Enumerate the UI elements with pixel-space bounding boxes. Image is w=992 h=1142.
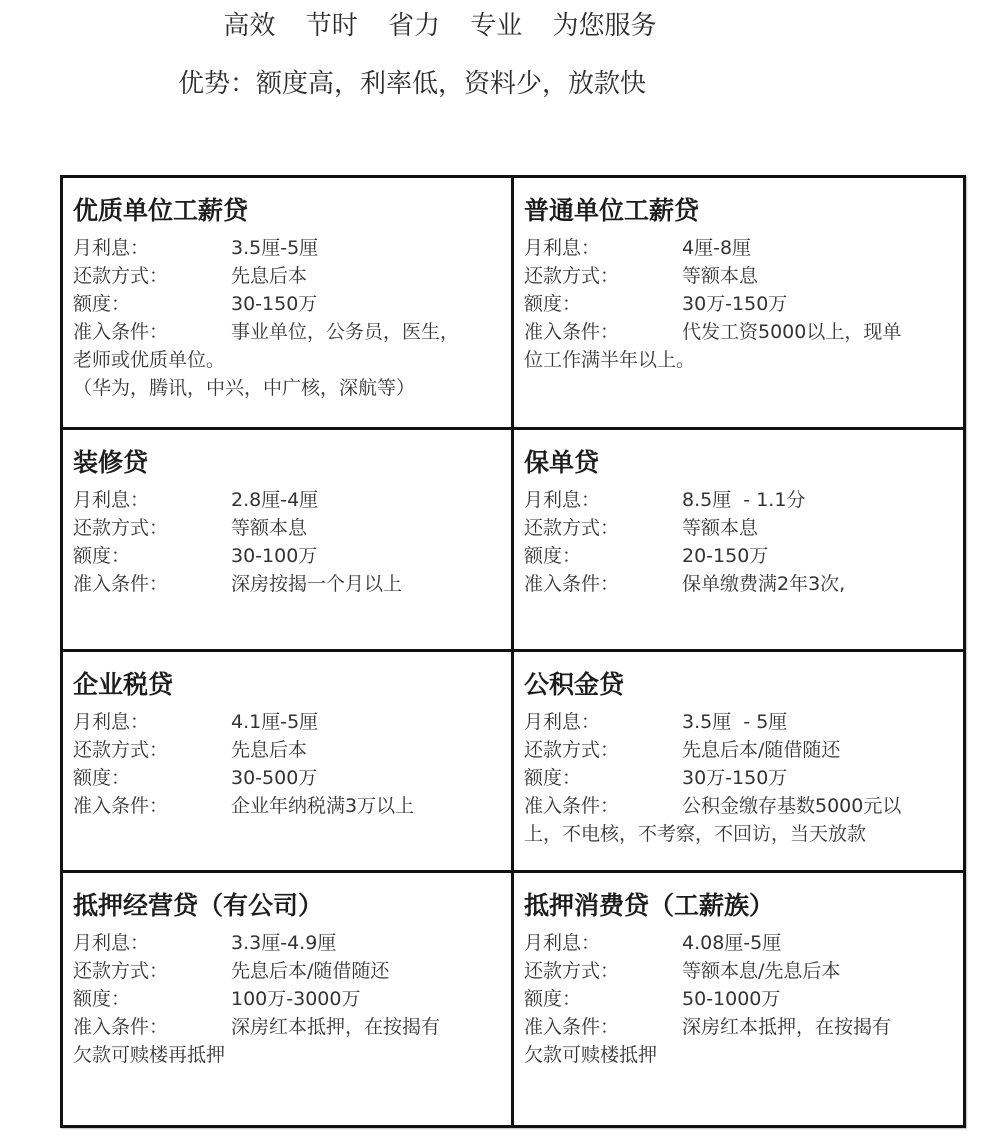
- condition-value: 代发工资5000以上，现单: [682, 318, 901, 346]
- condition-row: 准入条件： 代发工资5000以上，现单: [524, 318, 955, 346]
- repay-value: 等额本息: [682, 262, 758, 290]
- product-card: 装修贷 月利息： 2.8厘-4厘 还款方式： 等额本息 额度： 30-100万 …: [63, 430, 514, 652]
- amount-value: 30万-150万: [682, 290, 787, 318]
- condition-row: 准入条件： 深房红本抵押，在按揭有: [524, 1013, 955, 1041]
- rate-label: 月利息：: [73, 929, 231, 957]
- condition-label: 准入条件：: [524, 570, 682, 598]
- amount-row: 额度： 30万-150万: [524, 290, 955, 318]
- condition-row: 准入条件： 企业年纳税满3万以上: [73, 792, 503, 820]
- product-card: 抵押消费贷（工薪族） 月利息： 4.08厘-5厘 还款方式： 等额本息/先息后本…: [514, 873, 963, 1125]
- condition-label: 准入条件：: [524, 318, 682, 346]
- product-card: 普通单位工薪贷 月利息： 4厘-8厘 还款方式： 等额本息 额度： 30万-15…: [514, 178, 963, 430]
- repay-label: 还款方式：: [73, 262, 231, 290]
- condition-value: 企业年纳税满3万以上: [231, 792, 414, 820]
- repay-value: 先息后本/随借随还: [231, 957, 389, 985]
- product-card: 企业税贷 月利息： 4.1厘-5厘 还款方式： 先息后本 额度： 30-500万…: [63, 652, 514, 873]
- amount-label: 额度：: [73, 542, 231, 570]
- condition-label: 准入条件：: [73, 792, 231, 820]
- repay-row: 还款方式： 先息后本/随借随还: [73, 957, 503, 985]
- rate-value: 2.8厘-4厘: [231, 486, 318, 514]
- rate-label: 月利息：: [524, 708, 682, 736]
- product-title: 优质单位工薪贷: [73, 194, 503, 228]
- amount-label: 额度：: [524, 290, 682, 318]
- product-card: 优质单位工薪贷 月利息： 3.5厘-5厘 还款方式： 先息后本 额度： 30-1…: [63, 178, 514, 430]
- amount-label: 额度：: [73, 985, 231, 1013]
- condition-label: 准入条件：: [73, 570, 231, 598]
- amount-row: 额度： 30万-150万: [524, 764, 955, 792]
- rate-row: 月利息： 4.1厘-5厘: [73, 708, 503, 736]
- slogan-word: 节时: [306, 11, 358, 41]
- repay-value: 等额本息: [682, 514, 758, 542]
- condition-row: 准入条件： 事业单位，公务员，医生，: [73, 318, 503, 346]
- product-card: 保单贷 月利息： 8.5厘 - 1.1分 还款方式： 等额本息 额度： 20-1…: [514, 430, 963, 652]
- rate-row: 月利息： 3.5厘 - 5厘: [524, 708, 955, 736]
- rate-value: 4.1厘-5厘: [231, 708, 318, 736]
- rate-row: 月利息： 3.5厘-5厘: [73, 234, 503, 262]
- rate-value: 3.3厘-4.9厘: [231, 929, 336, 957]
- slogan-word: 为您服务: [553, 11, 657, 41]
- condition-label: 准入条件：: [524, 1013, 682, 1041]
- repay-value: 先息后本/随借随还: [682, 736, 840, 764]
- condition-value: 事业单位，公务员，医生，: [231, 318, 459, 346]
- repay-row: 还款方式： 先息后本: [73, 262, 503, 290]
- rate-row: 月利息： 4厘-8厘: [524, 234, 955, 262]
- product-title: 装修贷: [73, 446, 503, 480]
- condition-continued: 上，不电核，不考察，不回访，当天放款: [524, 820, 955, 848]
- amount-label: 额度：: [73, 764, 231, 792]
- amount-row: 额度： 30-100万: [73, 542, 503, 570]
- product-grid: 优质单位工薪贷 月利息： 3.5厘-5厘 还款方式： 先息后本 额度： 30-1…: [60, 175, 966, 1128]
- slogan-word: 专业: [470, 11, 522, 41]
- product-title: 抵押经营贷（有公司）: [73, 889, 503, 923]
- amount-label: 额度：: [524, 985, 682, 1013]
- condition-continued: 位工作满半年以上。: [524, 346, 955, 374]
- product-card: 公积金贷 月利息： 3.5厘 - 5厘 还款方式： 先息后本/随借随还 额度： …: [514, 652, 963, 873]
- amount-value: 30-100万: [231, 542, 317, 570]
- condition-continued: 老师或优质单位。: [73, 346, 503, 374]
- rate-label: 月利息：: [73, 708, 231, 736]
- product-card: 抵押经营贷（有公司） 月利息： 3.3厘-4.9厘 还款方式： 先息后本/随借随…: [63, 873, 514, 1125]
- condition-row: 准入条件： 深房按揭一个月以上: [73, 570, 503, 598]
- rate-value: 4.08厘-5厘: [682, 929, 781, 957]
- condition-row: 准入条件： 公积金缴存基数5000元以: [524, 792, 955, 820]
- rate-row: 月利息： 8.5厘 - 1.1分: [524, 486, 955, 514]
- repay-row: 还款方式： 先息后本: [73, 736, 503, 764]
- amount-row: 额度： 100万-3000万: [73, 985, 503, 1013]
- condition-value: 深房按揭一个月以上: [231, 570, 402, 598]
- amount-value: 100万-3000万: [231, 985, 360, 1013]
- condition-label: 准入条件：: [73, 1013, 231, 1041]
- product-title: 抵押消费贷（工薪族）: [524, 889, 955, 923]
- rate-row: 月利息： 4.08厘-5厘: [524, 929, 955, 957]
- slogan-line: 高效 节时 省力 专业 为您服务: [0, 8, 880, 44]
- condition-label: 准入条件：: [524, 792, 682, 820]
- rate-value: 3.5厘 - 5厘: [682, 708, 787, 736]
- amount-value: 20-150万: [682, 542, 768, 570]
- amount-value: 30万-150万: [682, 764, 787, 792]
- rate-label: 月利息：: [73, 486, 231, 514]
- rate-value: 3.5厘-5厘: [231, 234, 318, 262]
- product-title: 企业税贷: [73, 668, 503, 702]
- amount-row: 额度： 30-500万: [73, 764, 503, 792]
- repay-label: 还款方式：: [524, 957, 682, 985]
- repay-row: 还款方式： 等额本息: [73, 514, 503, 542]
- rate-row: 月利息： 3.3厘-4.9厘: [73, 929, 503, 957]
- amount-row: 额度： 30-150万: [73, 290, 503, 318]
- slogan-word: 高效: [223, 11, 275, 41]
- condition-continued: 欠款可赎楼再抵押: [73, 1041, 503, 1069]
- condition-value: 保单缴费满2年3次,: [682, 570, 845, 598]
- rate-label: 月利息：: [524, 234, 682, 262]
- rate-label: 月利息：: [524, 929, 682, 957]
- repay-value: 等额本息/先息后本: [682, 957, 840, 985]
- condition-row: 准入条件： 深房红本抵押，在按揭有: [73, 1013, 503, 1041]
- condition-label: 准入条件：: [73, 318, 231, 346]
- condition-value: 公积金缴存基数5000元以: [682, 792, 901, 820]
- condition-continued: （华为，腾讯，中兴，中广核，深航等）: [73, 374, 503, 402]
- repay-value: 等额本息: [231, 514, 307, 542]
- repay-row: 还款方式： 等额本息: [524, 514, 955, 542]
- repay-label: 还款方式：: [73, 514, 231, 542]
- rate-label: 月利息：: [524, 486, 682, 514]
- repay-label: 还款方式：: [524, 736, 682, 764]
- condition-value: 深房红本抵押，在按揭有: [231, 1013, 440, 1041]
- amount-value: 30-500万: [231, 764, 317, 792]
- amount-row: 额度： 20-150万: [524, 542, 955, 570]
- rate-value: 8.5厘 - 1.1分: [682, 486, 805, 514]
- amount-value: 30-150万: [231, 290, 317, 318]
- repay-label: 还款方式：: [524, 514, 682, 542]
- repay-value: 先息后本: [231, 736, 307, 764]
- condition-continued: 欠款可赎楼抵押: [524, 1041, 955, 1069]
- amount-label: 额度：: [524, 542, 682, 570]
- amount-label: 额度：: [524, 764, 682, 792]
- amount-row: 额度： 50-1000万: [524, 985, 955, 1013]
- product-title: 普通单位工薪贷: [524, 194, 955, 228]
- repay-label: 还款方式：: [524, 262, 682, 290]
- condition-value: 深房红本抵押，在按揭有: [682, 1013, 891, 1041]
- repay-row: 还款方式： 等额本息/先息后本: [524, 957, 955, 985]
- repay-row: 还款方式： 等额本息: [524, 262, 955, 290]
- amount-value: 50-1000万: [682, 985, 780, 1013]
- condition-row: 准入条件： 保单缴费满2年3次,: [524, 570, 955, 598]
- amount-label: 额度：: [73, 290, 231, 318]
- rate-row: 月利息： 2.8厘-4厘: [73, 486, 503, 514]
- product-title: 保单贷: [524, 446, 955, 480]
- advantages-line: 优势：额度高，利率低，资料少，放款快: [178, 66, 646, 102]
- product-title: 公积金贷: [524, 668, 955, 702]
- rate-label: 月利息：: [73, 234, 231, 262]
- slogan-word: 省力: [388, 11, 440, 41]
- repay-label: 还款方式：: [73, 736, 231, 764]
- rate-value: 4厘-8厘: [682, 234, 751, 262]
- repay-row: 还款方式： 先息后本/随借随还: [524, 736, 955, 764]
- repay-value: 先息后本: [231, 262, 307, 290]
- repay-label: 还款方式：: [73, 957, 231, 985]
